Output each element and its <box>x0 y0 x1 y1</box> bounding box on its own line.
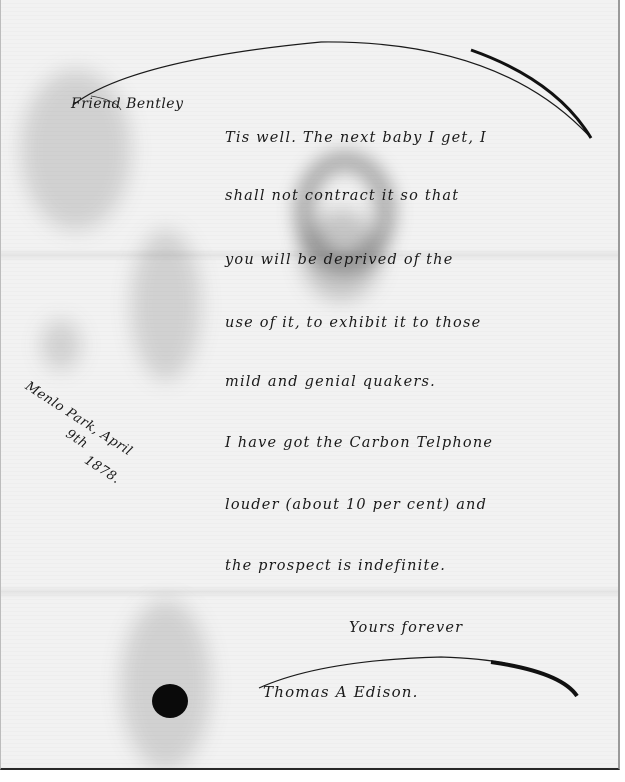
signature: Thomas A Edison. <box>263 683 419 701</box>
body-line: mild and genial quakers. <box>225 374 436 390</box>
closing: Yours forever <box>349 620 463 636</box>
body-line: I have got the Carbon Telphone <box>225 435 493 451</box>
body-line: louder (about 10 per cent) and <box>225 497 487 513</box>
body-line: shall not contract it so that <box>225 188 459 204</box>
top-flourish <box>73 42 591 138</box>
letter-page: Friend Bentley Tis well. The next baby I… <box>0 0 620 770</box>
salutation: Friend Bentley <box>71 96 184 112</box>
body-line: use of it, to exhibit it to those <box>225 315 481 331</box>
body-line: Tis well. The next baby I get, I <box>225 130 487 146</box>
body-line: you will be deprived of the <box>225 252 454 268</box>
body-line: the prospect is indefinite. <box>225 558 446 574</box>
punch-hole <box>152 684 188 718</box>
